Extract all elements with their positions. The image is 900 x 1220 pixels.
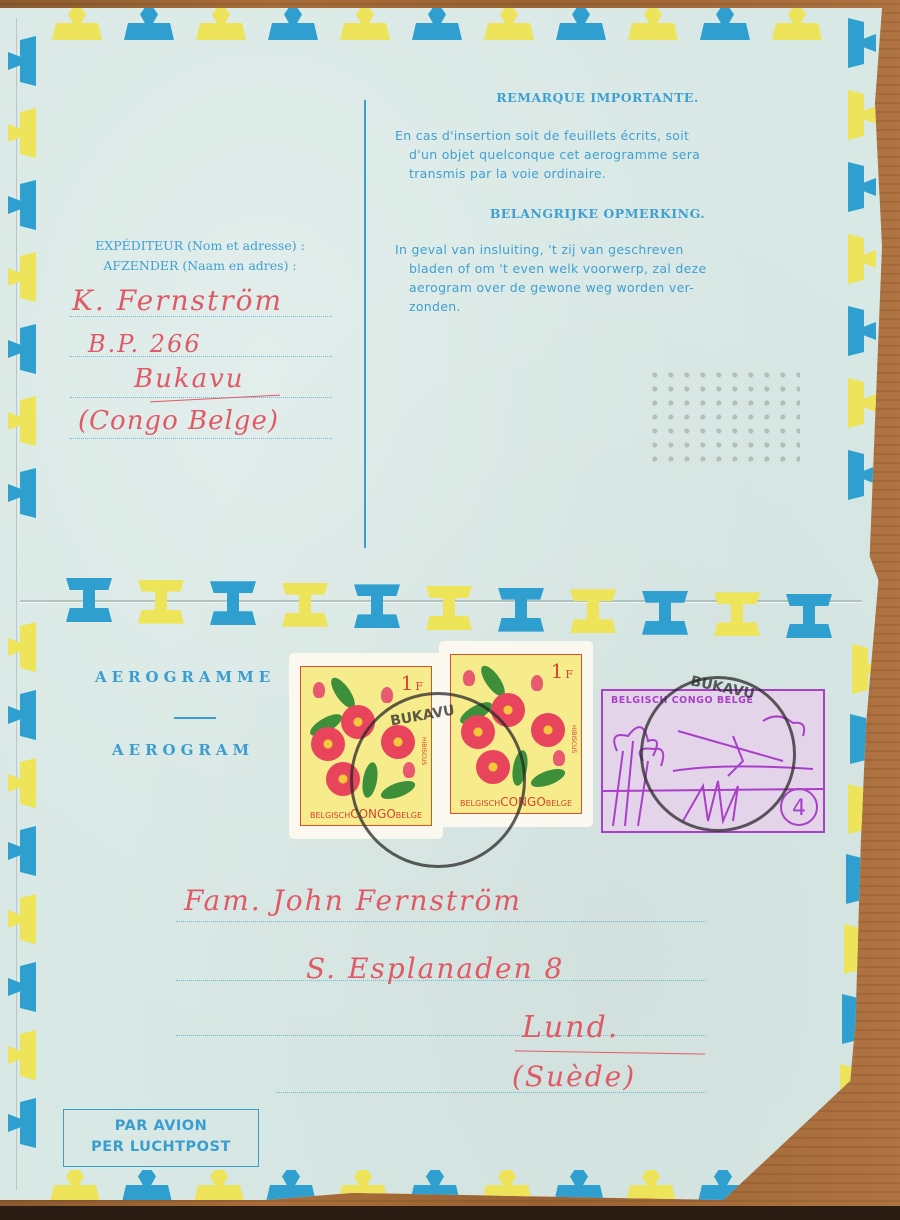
- border-glyph: [848, 18, 878, 68]
- border-glyph: [554, 1170, 604, 1202]
- border-glyph: [210, 581, 256, 625]
- imprinted-stamp-value: 4: [792, 796, 806, 821]
- border-glyph: [698, 1170, 748, 1202]
- border-glyph: [842, 994, 872, 1044]
- dark-edge: [0, 1206, 900, 1220]
- border-glyph: [8, 324, 38, 374]
- recipient-country: (Suède): [512, 1060, 636, 1093]
- border-glyph: [484, 8, 534, 40]
- border-glyph: [8, 962, 38, 1012]
- border-glyph: [848, 162, 878, 212]
- recipient-name: Fam. John Fernström: [184, 884, 522, 917]
- border-glyph: [52, 8, 102, 40]
- border-glyph: [268, 8, 318, 40]
- address-line: [176, 1035, 706, 1036]
- bud-icon: [313, 682, 325, 698]
- border-glyph: [844, 924, 874, 974]
- border-glyph: [498, 588, 544, 632]
- border-glyph: [626, 1170, 676, 1202]
- notice-text-fr: En cas d'insertion soit de feuillets écr…: [395, 126, 810, 183]
- border-glyph: [282, 583, 328, 627]
- border-glyph: [8, 396, 38, 446]
- sender-country: (Congo Belge): [78, 406, 279, 436]
- title-rule: [174, 717, 216, 719]
- border-glyph: [8, 622, 38, 672]
- border-glyph: [8, 468, 38, 518]
- border-glyph: [714, 592, 760, 636]
- border-glyph: [338, 1170, 388, 1202]
- border-glyph: [8, 180, 38, 230]
- border-glyph: [840, 1064, 870, 1114]
- border-glyph: [194, 1170, 244, 1202]
- border-glyph: [8, 690, 38, 740]
- border-glyph: [266, 1170, 316, 1202]
- border-glyph: [8, 108, 38, 158]
- border-glyph: [8, 1030, 38, 1080]
- border-glyph: [570, 589, 616, 633]
- faint-postmark: [650, 368, 800, 468]
- recipient-city: Lund.: [522, 1010, 619, 1045]
- border-glyph: [426, 586, 472, 630]
- border-glyph: [848, 90, 878, 140]
- border-glyph: [8, 826, 38, 876]
- border-glyph: [846, 854, 876, 904]
- border-glyph: [700, 8, 750, 40]
- border-glyph: [852, 644, 882, 694]
- torn-corner: [755, 1093, 876, 1208]
- sender-name: K. Fernström: [72, 284, 283, 317]
- border-glyph: [848, 450, 878, 500]
- border-glyph: [8, 894, 38, 944]
- title-aerogramme: AEROGRAMME: [95, 668, 275, 686]
- border-glyph: [122, 1170, 172, 1202]
- divider-rule: [364, 100, 366, 548]
- border-glyph: [848, 784, 878, 834]
- border-glyph: [8, 36, 38, 86]
- border-glyph: [66, 578, 112, 622]
- border-glyph: [410, 1170, 460, 1202]
- sender-label: EXPÉDITEUR (Nom et adresse) : AFZENDER (…: [60, 236, 340, 276]
- address-line: [176, 921, 706, 922]
- border-glyph: [340, 8, 390, 40]
- sender-pobox: B.P. 266: [88, 330, 202, 358]
- recipient-street: S. Esplanaden 8: [306, 952, 564, 985]
- border-glyph: [772, 8, 822, 40]
- border-glyph: [786, 594, 832, 638]
- airmail-label: PAR AVION PER LUCHTPOST: [63, 1109, 259, 1167]
- border-glyph: [642, 591, 688, 635]
- aerogramme-sheet: REMARQUE IMPORTANTE. En cas d'insertion …: [0, 8, 882, 1200]
- border-glyph: [556, 8, 606, 40]
- border-glyph: [628, 8, 678, 40]
- border-glyph: [8, 758, 38, 808]
- stamp-value: 1F: [551, 659, 573, 683]
- border-glyph: [8, 1098, 38, 1148]
- border-glyph: [850, 714, 880, 764]
- border-glyph: [412, 8, 462, 40]
- sender-line: [70, 438, 332, 439]
- border-glyph: [196, 8, 246, 40]
- postmark-circle: [640, 676, 796, 832]
- border-glyph: [8, 252, 38, 302]
- border-glyph: [354, 584, 400, 628]
- border-glyph: [124, 8, 174, 40]
- border-glyph: [50, 1170, 100, 1202]
- notice-text-nl: In geval van insluiting, 't zij van gesc…: [395, 240, 810, 316]
- notice-heading-fr: REMARQUE IMPORTANTE.: [385, 90, 810, 105]
- border-glyph: [848, 378, 878, 428]
- title-aerogram: AEROGRAM: [112, 741, 254, 759]
- border-glyph: [482, 1170, 532, 1202]
- stamp-value: 1F: [401, 671, 423, 695]
- bud-icon: [463, 670, 475, 686]
- border-glyph: [138, 580, 184, 624]
- border-glyph: [848, 306, 878, 356]
- border-glyph: [848, 234, 878, 284]
- address-line: [276, 1092, 706, 1093]
- notice-heading-nl: BELANGRIJKE OPMERKING.: [385, 206, 810, 221]
- sender-city: Bukavu: [134, 364, 245, 394]
